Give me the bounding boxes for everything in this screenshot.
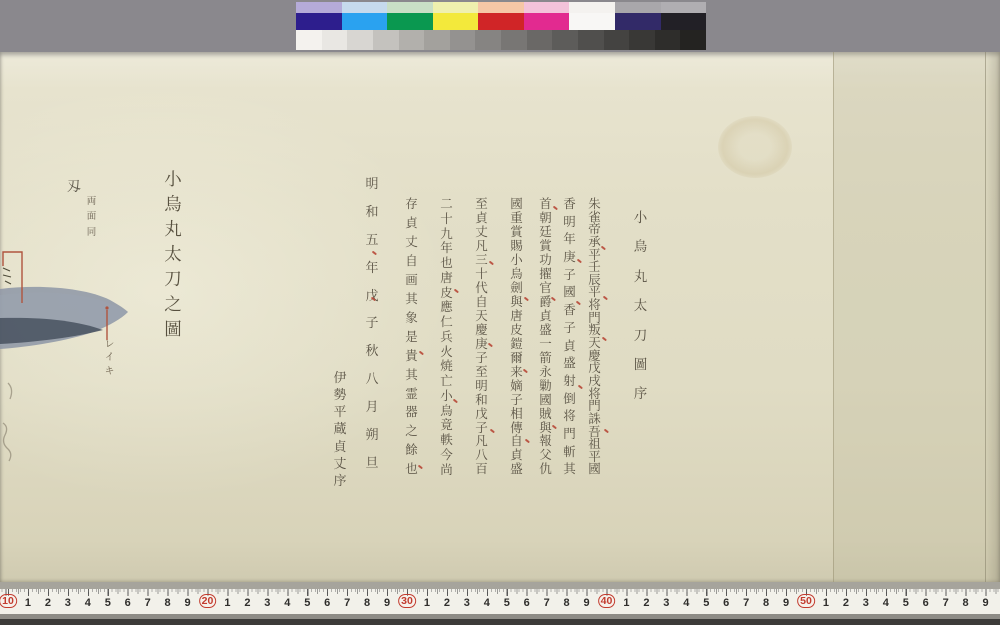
ruler-number: 5: [504, 597, 510, 609]
calibration-swatch: [475, 30, 501, 50]
calibration-swatch: [569, 2, 615, 13]
ruler-number: 8: [963, 597, 969, 609]
glyph: 八: [475, 449, 488, 462]
glyph: 小: [510, 254, 523, 267]
glyph: 唐: [510, 310, 523, 323]
glyph: 丈: [475, 226, 488, 239]
ruler-number: 4: [284, 597, 290, 609]
glyph: 年: [365, 262, 378, 275]
ruler-mm-ticks: [0, 589, 1000, 592]
calibration-swatch: [296, 2, 342, 13]
glyph: 烏: [510, 268, 523, 281]
glyph: 明: [475, 380, 488, 393]
glyph: 子: [563, 322, 576, 335]
glyph: 刀: [164, 272, 182, 290]
glyph: 年: [563, 233, 576, 246]
calibration-swatch: [552, 30, 578, 50]
glyph: 十: [440, 213, 453, 226]
glyph: 也: [440, 257, 453, 270]
glyph: 器: [405, 406, 418, 419]
glyph: 伊: [333, 372, 346, 385]
glyph: 也: [405, 463, 418, 476]
glyph: 相: [510, 408, 523, 421]
ruler-number: 2: [444, 597, 450, 609]
glyph: 劍: [510, 282, 523, 295]
glyph: 将: [563, 410, 576, 423]
ruler-number: 3: [863, 597, 869, 609]
glyph: 其: [563, 463, 576, 476]
glyph: 兵: [440, 331, 453, 344]
ruler-number: 6: [324, 597, 330, 609]
tip-annotation: レイキ: [104, 340, 115, 376]
calibration-swatch: [373, 30, 399, 50]
glyph: 與: [510, 296, 523, 309]
glyph: 十: [475, 268, 488, 281]
glyph: 傳: [510, 422, 523, 435]
ruler-number: 6: [524, 597, 530, 609]
glyph: 首: [539, 198, 552, 211]
cutoff-text-left-edge: [0, 375, 22, 475]
calibration-swatch: [501, 30, 527, 50]
drawing-title: 小烏丸太刀之圖: [163, 172, 183, 340]
ruler-number: 9: [783, 597, 789, 609]
calibration-swatch: [478, 2, 524, 13]
glyph: 丸: [634, 271, 648, 285]
calibration-saturated-row: [296, 13, 706, 30]
glyph: 烏: [164, 197, 182, 215]
glyph: 賊: [539, 408, 552, 421]
glyph: 凡: [475, 240, 488, 253]
calibration-swatch: [478, 13, 524, 30]
ruler-number: 4: [883, 597, 889, 609]
calibration-swatch: [524, 13, 570, 30]
glyph: 之: [164, 297, 182, 315]
ruler-number: 8: [165, 597, 171, 609]
glyph: 今: [440, 449, 453, 462]
glyph: 貞: [333, 441, 346, 454]
glyph: 斬: [563, 446, 576, 459]
glyph: 月: [365, 401, 378, 414]
glyph: 唐: [440, 272, 453, 285]
glyph: 明: [365, 178, 378, 191]
glyph: 皮: [440, 287, 453, 300]
glyph: 尚: [440, 464, 453, 477]
calibration-swatch: [615, 13, 661, 30]
glyph: 代: [475, 282, 488, 295]
glyph: 官: [539, 282, 552, 295]
glyph: 小: [634, 212, 648, 226]
glyph: 凡: [475, 435, 488, 448]
glyph: 廷: [539, 226, 552, 239]
glyph: 火: [440, 346, 453, 359]
calibration-swatch: [524, 2, 570, 13]
glyph: 五: [365, 234, 378, 247]
glyph: 與: [539, 422, 552, 435]
ruler-number: 7: [344, 597, 350, 609]
glyph: 象: [405, 312, 418, 325]
glyph: 朝: [539, 212, 552, 225]
glyph: 和: [475, 394, 488, 407]
glyph: 門: [563, 428, 576, 441]
ruler-number: 9: [384, 597, 390, 609]
glyph: 烏: [634, 241, 648, 255]
calibration-swatch: [296, 30, 322, 50]
glyph: 盛: [539, 324, 552, 337]
glyph: 貞: [405, 217, 418, 230]
glyph: 庚: [475, 338, 488, 351]
glyph: 自: [510, 435, 523, 448]
glyph: 亡: [440, 375, 453, 388]
calibration-swatch: [615, 2, 661, 13]
glyph: 功: [539, 254, 552, 267]
glyph: 射: [563, 375, 576, 388]
glyph: 天: [475, 310, 488, 323]
ruler-number: 8: [763, 597, 769, 609]
blade-label: 刄: [67, 176, 81, 196]
ruler-number: 6: [923, 597, 929, 609]
glyph: 同: [87, 228, 97, 238]
glyph: 朔: [365, 429, 378, 442]
blade-note: 両面同: [86, 197, 97, 237]
glyph: 自: [405, 255, 418, 268]
ruler-number: 6: [723, 597, 729, 609]
glyph: イ: [105, 353, 115, 363]
ruler-number: 9: [583, 597, 589, 609]
glyph: 之: [405, 425, 418, 438]
glyph: 重: [510, 212, 523, 225]
ruler-number: 5: [105, 597, 111, 609]
calibration-swatch: [661, 2, 707, 13]
ruler-number-major: 30: [398, 594, 416, 608]
glyph: 明: [563, 216, 576, 229]
ruler-number-major: 20: [199, 594, 217, 608]
glyph: 戊: [475, 408, 488, 421]
ruler-top-edge: [0, 582, 1000, 589]
glyph: 皮: [510, 324, 523, 337]
glyph: 年: [440, 242, 453, 255]
ruler-number-major: 40: [598, 594, 616, 608]
glyph: 烏: [440, 405, 453, 418]
ruler-number: 9: [184, 597, 190, 609]
preface-title-column: 小烏丸太刀圖序: [633, 212, 648, 402]
ruler-number: 3: [464, 597, 470, 609]
ruler-number: 5: [703, 597, 709, 609]
glyph: キ: [105, 367, 115, 377]
ruler-number: 1: [823, 597, 829, 609]
cutoff-character-mark: [3, 268, 11, 284]
glyph: 應: [440, 301, 453, 314]
glyph: 慶: [475, 324, 488, 337]
ruler-number: 1: [224, 597, 230, 609]
glyph: 國: [588, 463, 601, 476]
ruler-number: 8: [564, 597, 570, 609]
ruler-number: 7: [145, 597, 151, 609]
glyph: 小: [440, 390, 453, 403]
ruler-number: 7: [544, 597, 550, 609]
ruler-number: 7: [743, 597, 749, 609]
glyph: 和: [365, 206, 378, 219]
ruler-number-major: 50: [797, 594, 815, 608]
glyph: 其: [405, 369, 418, 382]
glyph: 軼: [440, 434, 453, 447]
ruler-number: 3: [663, 597, 669, 609]
ruler-tape: 1012345678920123456789301234567894012345…: [0, 589, 1000, 614]
glyph: 箭: [539, 352, 552, 365]
glyph: 二: [440, 198, 453, 211]
ruler-number: 1: [25, 597, 31, 609]
preface-column: 二十九年也唐皮應仁兵火焼亡小烏竟軼今尚: [439, 198, 454, 476]
calibration-swatch: [433, 2, 479, 13]
preface-column: 首朝廷賞功擢官爵貞盛一箭永勦國賊與報父仇: [538, 198, 553, 476]
glyph: 来: [510, 366, 523, 379]
preface-column: 香明年庚子國香子貞盛射倒将門斬其: [562, 198, 577, 476]
glyph: 盛: [510, 463, 523, 476]
glyph: 爾: [510, 352, 523, 365]
glyph: 賞: [510, 226, 523, 239]
glyph: 子: [475, 352, 488, 365]
scroll-mount-seam: [833, 52, 1000, 583]
glyph: 貴: [405, 350, 418, 363]
calibration-swatch: [399, 30, 425, 50]
calibration-pastel-row: [296, 2, 706, 13]
glyph: 賜: [510, 240, 523, 253]
glyph: 刀: [634, 330, 648, 344]
date-column: 明和五年戊子秋八月朔旦: [365, 178, 379, 470]
glyph: 香: [563, 198, 576, 211]
glyph: 國: [539, 394, 552, 407]
ruler-number: 3: [264, 597, 270, 609]
ruler-number: 2: [643, 597, 649, 609]
glyph: 父: [539, 449, 552, 462]
glyph: 圖: [164, 322, 182, 340]
glyph: 盛: [563, 357, 576, 370]
ruler-number-major: 10: [0, 594, 17, 608]
glyph: 永: [539, 366, 552, 379]
calibration-swatch: [578, 30, 604, 50]
ruler-number: 8: [364, 597, 370, 609]
glyph: 焼: [440, 360, 453, 373]
calibration-grayscale-row: [296, 30, 706, 50]
ruler-number: 2: [45, 597, 51, 609]
ruler-number: 2: [843, 597, 849, 609]
glyph: 一: [539, 338, 552, 351]
preface-column: 存貞丈自画其象是貴其霊器之餘也: [404, 198, 419, 476]
glyph: 丈: [333, 458, 346, 471]
glyph: 存: [405, 198, 418, 211]
ruler-number: 1: [623, 597, 629, 609]
glyph: 勢: [333, 389, 346, 402]
glyph: 百: [475, 463, 488, 476]
glyph: 其: [405, 293, 418, 306]
calibration-swatch: [629, 30, 655, 50]
calibration-swatch: [655, 30, 681, 50]
glyph: 子: [563, 269, 576, 282]
glyph: 嫡: [510, 380, 523, 393]
glyph: 仁: [440, 316, 453, 329]
glyph: 面: [87, 212, 97, 222]
glyph: 至: [475, 198, 488, 211]
glyph: 擢: [539, 268, 552, 281]
glyph: 太: [164, 247, 182, 265]
calibration-swatch: [604, 30, 630, 50]
glyph: 國: [563, 286, 576, 299]
glyph: 九: [440, 228, 453, 241]
ruler-number: 9: [982, 597, 988, 609]
ruler-number: 4: [85, 597, 91, 609]
preface-column: 朱雀帝承平壬辰平将門叛天慶戊戌将門誅吾祖平國: [587, 198, 602, 476]
glyph: 勦: [539, 380, 552, 393]
glyph: 貞: [539, 310, 552, 323]
glyph: 両: [87, 197, 97, 207]
ruler-number: 1: [424, 597, 430, 609]
calibration-swatch: [347, 30, 373, 50]
glyph: 画: [405, 274, 418, 287]
preface-column: 國重賞賜小烏劍與唐皮鎧爾来嫡子相傳自貞盛: [509, 198, 524, 476]
paper-stain: [718, 116, 792, 178]
glyph: 霊: [405, 388, 418, 401]
glyph: 子: [475, 422, 488, 435]
preface-column: 至貞丈凡三十代自天慶庚子至明和戊子凡八百: [474, 198, 489, 476]
calibration-swatch: [433, 13, 479, 30]
glyph: 至: [475, 366, 488, 379]
glyph: 子: [365, 317, 378, 330]
glyph: 丈: [405, 236, 418, 249]
glyph: 是: [405, 331, 418, 344]
glyph: 國: [510, 198, 523, 211]
ruler-number: 7: [943, 597, 949, 609]
glyph: 報: [539, 435, 552, 448]
glyph: 蔵: [333, 423, 346, 436]
glyph: 庚: [563, 251, 576, 264]
glyph: 仇: [539, 463, 552, 476]
ruler-number: 4: [484, 597, 490, 609]
calibration-swatch: [527, 30, 553, 50]
glyph: 八: [365, 373, 378, 386]
glyph: レ: [105, 340, 115, 350]
scroll-roller-edge: [985, 52, 1000, 583]
glyph: 賞: [539, 240, 552, 253]
sword-tip-drawing: [0, 240, 150, 380]
calibration-swatch: [450, 30, 476, 50]
calibration-swatch: [387, 13, 433, 30]
ruler-number: 5: [304, 597, 310, 609]
calibration-swatch: [322, 30, 348, 50]
color-calibration-bar: [296, 2, 706, 50]
glyph: 貞: [563, 340, 576, 353]
glyph: 序: [333, 475, 346, 488]
glyph: 三: [475, 254, 488, 267]
glyph: 序: [634, 388, 648, 402]
glyph: 平: [333, 406, 346, 419]
calibration-swatch: [569, 13, 615, 30]
calibration-swatch: [342, 2, 388, 13]
glyph: 餘: [405, 444, 418, 457]
glyph: 子: [510, 394, 523, 407]
glyph: 竟: [440, 419, 453, 432]
calibration-swatch: [680, 30, 706, 50]
glyph: 丸: [164, 222, 182, 240]
ruler-number: 2: [244, 597, 250, 609]
ruler-number: 4: [683, 597, 689, 609]
ruler-number: 5: [903, 597, 909, 609]
calibration-swatch: [387, 2, 433, 13]
glyph: 香: [563, 304, 576, 317]
glyph: 旦: [365, 457, 378, 470]
ruler-number: 3: [65, 597, 71, 609]
glyph: 自: [475, 296, 488, 309]
calibration-swatch: [296, 13, 342, 30]
glyph: 秋: [365, 345, 378, 358]
glyph: 圖: [634, 359, 648, 373]
glyph: 小: [164, 172, 182, 190]
calibration-swatch: [661, 13, 707, 30]
signature-column: 伊勢平蔵貞丈序: [333, 372, 347, 488]
glyph: 鎧: [510, 338, 523, 351]
calibration-swatch: [342, 13, 388, 30]
digitized-scroll-photograph: 小烏丸太刀之圖 刄 両面同 レイキ 小烏丸太刀圖序 朱雀帝承平壬辰平将門叛天慶戊…: [0, 0, 1000, 625]
glyph: 倒: [563, 393, 576, 406]
glyph: 貞: [510, 449, 523, 462]
ruler-number: 6: [125, 597, 131, 609]
photo-bottom-band: [0, 619, 1000, 625]
calibration-swatch: [424, 30, 450, 50]
glyph: 貞: [475, 212, 488, 225]
glyph: 太: [634, 300, 648, 314]
